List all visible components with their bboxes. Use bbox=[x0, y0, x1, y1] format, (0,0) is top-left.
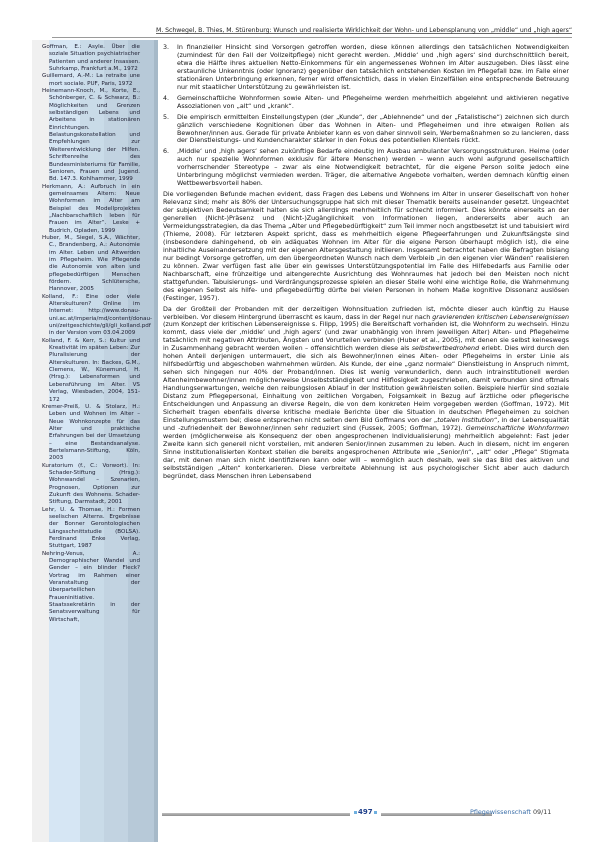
reference-item: Huber, M., Siegel, S.A., Wächter, C., Br… bbox=[42, 235, 140, 294]
reference-item: Herkmann, A.: Aufbruch in ein gemeinsame… bbox=[42, 184, 140, 235]
body-paragraph: Da der Großteil der Probanden mit der de… bbox=[163, 306, 569, 481]
reference-item: Heinemann-Knoch, M., Korte, E., Schönber… bbox=[42, 88, 140, 183]
item-number: 5. bbox=[163, 114, 169, 122]
reference-item: Kuratorium (f., C.: Vorwort). In: Schade… bbox=[42, 463, 140, 507]
main-text-column: 3.In finanzieller Hinsicht sind Vorsorge… bbox=[163, 44, 569, 484]
reference-item: Kolland, F. & Kerr, S.: Kultur und Kreat… bbox=[42, 338, 140, 404]
finding-item: 3.In finanzieller Hinsicht sind Vorsorge… bbox=[163, 44, 569, 92]
page-number: 497 bbox=[350, 808, 381, 816]
reference-item: Goffman, E.: Asyle. Über die soziale Sit… bbox=[42, 44, 140, 73]
findings-list: 3.In finanzieller Hinsicht sind Vorsorge… bbox=[163, 44, 569, 188]
reference-item: Kolland, F.: Eine oder viele Alterskultu… bbox=[42, 294, 140, 338]
references-column: Goffman, E.: Asyle. Über die soziale Sit… bbox=[42, 44, 140, 624]
item-number: 6. bbox=[163, 148, 169, 156]
item-number: 4. bbox=[163, 95, 169, 103]
footer-rule bbox=[162, 813, 492, 816]
body-paragraph: Die vorliegenden Befunde machen evident,… bbox=[163, 191, 569, 302]
journal-footer: Pflegewissenschaft 09/11 bbox=[470, 808, 551, 816]
reference-item: Nehring-Venus, A.: Demographischer Wande… bbox=[42, 551, 140, 624]
journal-issue: 09/11 bbox=[531, 808, 551, 816]
finding-item: 5.Die empirisch ermittelten Einstellungs… bbox=[163, 114, 569, 146]
reference-item: Lehr, U. & Thomae, H.: Formen seelischen… bbox=[42, 507, 140, 551]
journal-name: Pflegewissenschaft bbox=[470, 808, 531, 816]
reference-item: Guillemard, A.-M.: La retraite une mort … bbox=[42, 73, 140, 88]
reference-item: Kremer-Preiß, U. & Stolarz, H.: Leben un… bbox=[42, 404, 140, 463]
running-header: M. Schwegel, B. Thies, M. Stürenburg: Wu… bbox=[52, 23, 572, 38]
finding-item: 4.Gemeinschaftliche Wohnformen sowie Alt… bbox=[163, 95, 569, 111]
item-number: 3. bbox=[163, 44, 169, 52]
running-title: M. Schwegel, B. Thies, M. Stürenburg: Wu… bbox=[156, 27, 572, 34]
finding-item: 6.‚Middle‘ und ‚high agers‘ sehen zukünf… bbox=[163, 148, 569, 188]
